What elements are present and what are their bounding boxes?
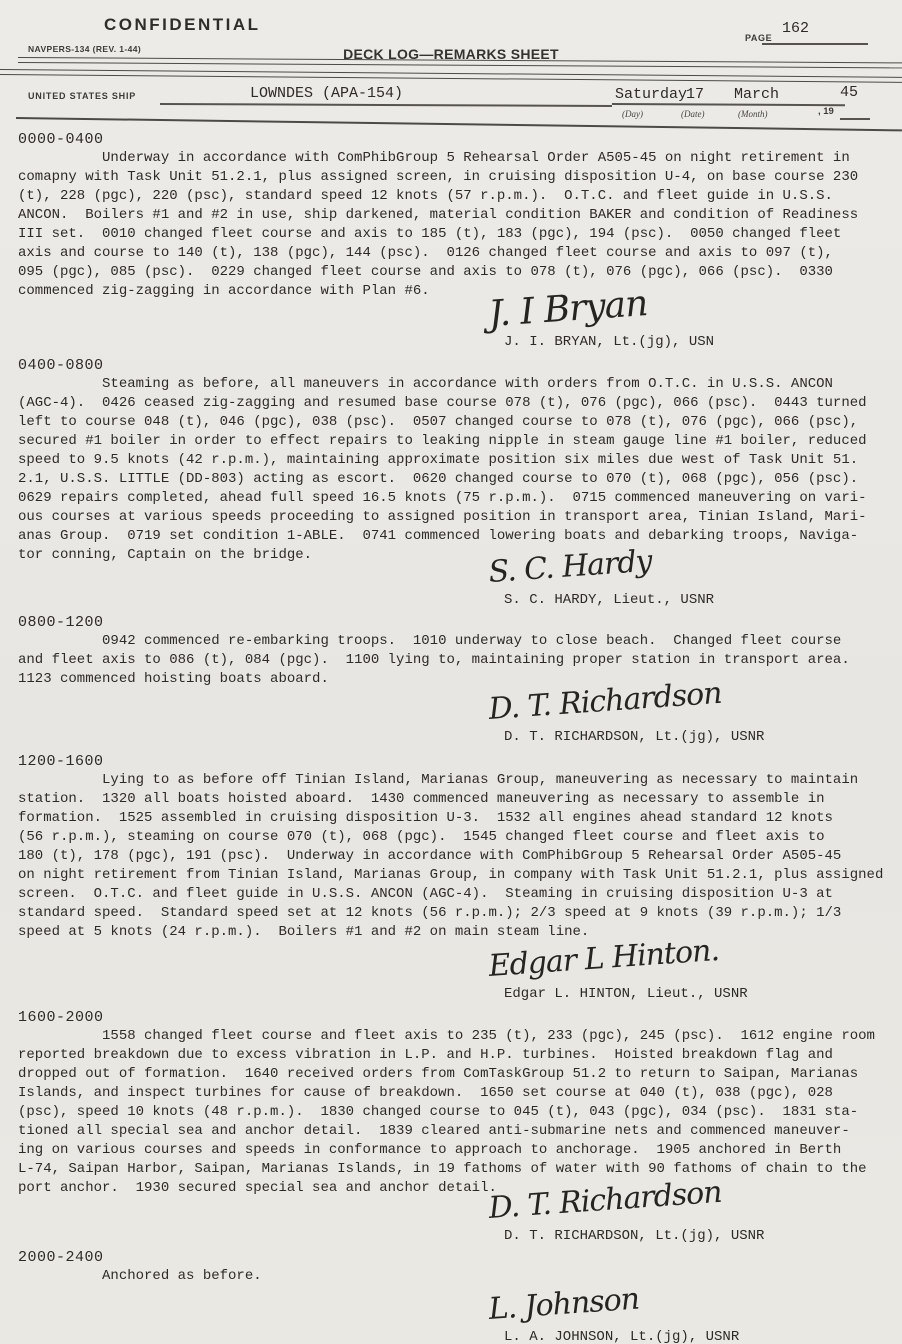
page-label: PAGE [745,33,772,43]
log-section-0800-1200: 0800-1200 0942 commenced re-embarking tr… [18,613,902,747]
time-range: 2000-2400 [18,1248,902,1267]
signature-name: Edgar L. HINTON, Lieut., USNR [490,985,902,1004]
date-field-label: (Date) [681,109,705,119]
date-month: March [734,86,779,103]
year-underline [840,118,870,120]
signature-block: S. C. Hardy S. C. HARDY, Lieut., USNR [490,555,902,610]
ship-name: LOWNDES (APA-154) [250,85,403,102]
log-section-1200-1600: 1200-1600 Lying to as before off Tinian … [18,752,902,1004]
header-rule-middle [0,69,902,83]
signature-name: D. T. RICHARDSON, Lt.(jg), USNR [490,728,902,747]
page-number-underline [762,43,868,45]
time-range: 0000-0400 [18,130,902,149]
time-range: 0800-1200 [18,613,902,632]
log-section-0400-0800: 0400-0800 Steaming as before, all maneuv… [18,356,902,610]
date-underline [612,103,845,106]
signature-block: L. Johnson L. A. JOHNSON, Lt.(jg), USNR [490,1292,902,1344]
date-number: 17 [686,86,704,103]
ship-label: UNITED STATES SHIP [28,91,136,101]
log-section-0000-0400: 0000-0400 Underway in accordance with Co… [18,130,902,352]
signature-block: D. T. Richardson D. T. RICHARDSON, Lt.(j… [490,692,902,747]
year-prefix-label: , 19 [818,106,834,117]
classification-stamp: CONFIDENTIAL [104,15,261,35]
log-section-1600-2000: 1600-2000 1558 changed fleet course and … [18,1008,902,1246]
signature-name: J. I. BRYAN, Lt.(jg), USN [490,333,902,352]
time-range: 1200-1600 [18,752,902,771]
signature-block: Edgar L Hinton. Edgar L. HINTON, Lieut.,… [490,949,902,1004]
signature-block: J. I Bryan J. I. BRYAN, Lt.(jg), USN [490,297,902,352]
signature-name: L. A. JOHNSON, Lt.(jg), USNR [490,1328,902,1344]
date-year: 45 [840,84,858,101]
signature-name: S. C. HARDY, Lieut., USNR [490,591,902,610]
signature-name: D. T. RICHARDSON, Lt.(jg), USNR [490,1227,902,1246]
time-range: 0400-0800 [18,356,902,375]
log-text: Lying to as before off Tinian Island, Ma… [18,771,902,942]
ship-name-underline [160,103,612,106]
time-range: 1600-2000 [18,1008,902,1027]
deck-log-page: CONFIDENTIAL PAGE 162 NAVPERS-134 (REV. … [0,0,902,1344]
day-field-label: (Day) [622,109,643,119]
date-day: Saturday [615,86,687,103]
page-number: 162 [782,20,809,37]
log-section-2000-2400: 2000-2400 Anchored as before. L. Johnson… [18,1248,902,1344]
signature-block: D. T. Richardson D. T. RICHARDSON, Lt.(j… [490,1191,902,1246]
month-field-label: (Month) [738,109,768,119]
